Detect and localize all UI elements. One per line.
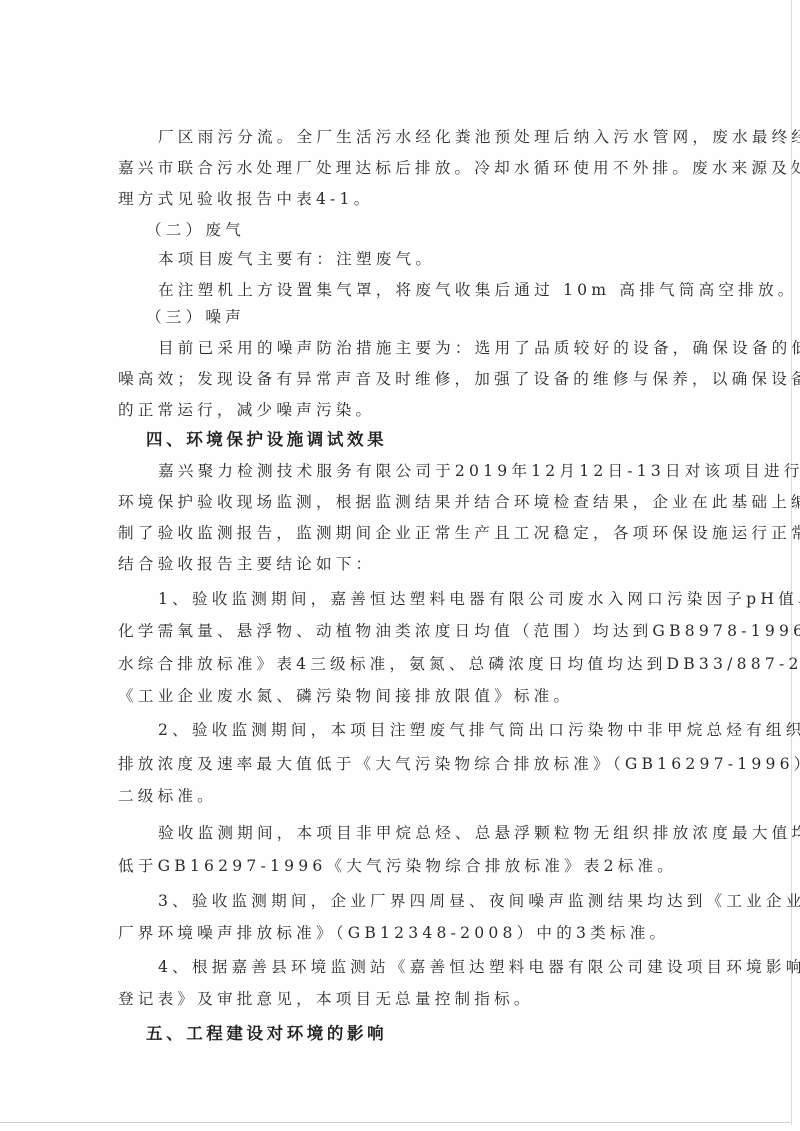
text-line: 水综合排放标准》表4三级标准，氨氮、总磷浓度日均值均达到DB33/887-201…: [118, 653, 800, 675]
text-line: 理方式见验收报告中表4-1。: [118, 188, 373, 210]
text-line: 低于GB16297-1996《大气污染物综合排放标准》表2标准。: [118, 855, 677, 877]
text-line: 验收监测期间，本项目非甲烷总烃、总悬浮颗粒物无组织排放浓度最大值均: [158, 822, 800, 844]
text-line: 厂区雨污分流。全厂生活污水经化粪池预处理后纳入污水管网，废水最终经: [158, 126, 800, 148]
text-line: 厂界环境噪声排放标准》（GB12348-2008）中的3类标准。: [118, 922, 669, 944]
text-line: （二）废气: [146, 219, 245, 241]
text-line: 制了验收监测报告，监测期间企业正常生产且工况稳定，各项环保设施运行正常。: [118, 522, 800, 544]
text-line: 在注塑机上方设置集气罩，将废气收集后通过 10m 高排气筒高空排放。: [158, 279, 798, 301]
text-line: 1、验收监测期间，嘉善恒达塑料电器有限公司废水入网口污染因子pH值、: [158, 588, 800, 610]
text-line: 环境保护验收现场监测，根据监测结果并结合环境检查结果，企业在此基础上编: [118, 491, 800, 513]
section-heading: 五、工程建设对环境的影响: [146, 1023, 387, 1045]
text-line: 2、验收监测期间，本项目注塑废气排气筒出口污染物中非甲烷总烃有组织: [158, 719, 800, 741]
text-line: （三）噪声: [146, 306, 245, 328]
text-line: 的正常运行，减少噪声污染。: [118, 399, 375, 421]
text-line: 登记表》及审批意见，本项目无总量控制指标。: [118, 988, 534, 1010]
text-line: 嘉兴市联合污水处理厂处理达标后排放。冷却水循环使用不外排。废水来源及处: [118, 157, 800, 179]
page-edge-bottom: [0, 1122, 790, 1123]
text-line: 噪高效；发现设备有异常声音及时维修，加强了设备的维修与保养，以确保设备: [118, 368, 800, 390]
text-line: 结合验收报告主要结论如下：: [118, 553, 375, 575]
text-line: 二级标准。: [118, 785, 217, 807]
text-line: 目前已采用的噪声防治措施主要为：选用了品质较好的设备，确保设备的低: [158, 337, 800, 359]
text-line: 《工业企业废水氮、磷污染物间接排放限值》标准。: [118, 685, 573, 707]
text-line: 本项目废气主要有：注塑废气。: [158, 248, 435, 270]
text-line: 3、验收监测期间，企业厂界四周昼、夜间噪声监测结果均达到《工业企业: [158, 890, 800, 912]
document-page: 厂区雨污分流。全厂生活污水经化粪池预处理后纳入污水管网，废水最终经嘉兴市联合污水…: [0, 0, 800, 1131]
text-line: 化学需氧量、悬浮物、动植物油类浓度日均值（范围）均达到GB8978-1996《污: [118, 620, 800, 642]
section-heading: 四、环境保护设施调试效果: [146, 429, 387, 451]
text-line: 嘉兴聚力检测技术服务有限公司于2019年12月12日-13日对该项目进行了: [158, 460, 800, 482]
text-line: 4、根据嘉善县环境监测站《嘉善恒达塑料电器有限公司建设项目环境影响: [158, 956, 800, 978]
text-line: 排放浓度及速率最大值低于《大气污染物综合排放标准》（GB16297-1996）中…: [118, 753, 800, 775]
